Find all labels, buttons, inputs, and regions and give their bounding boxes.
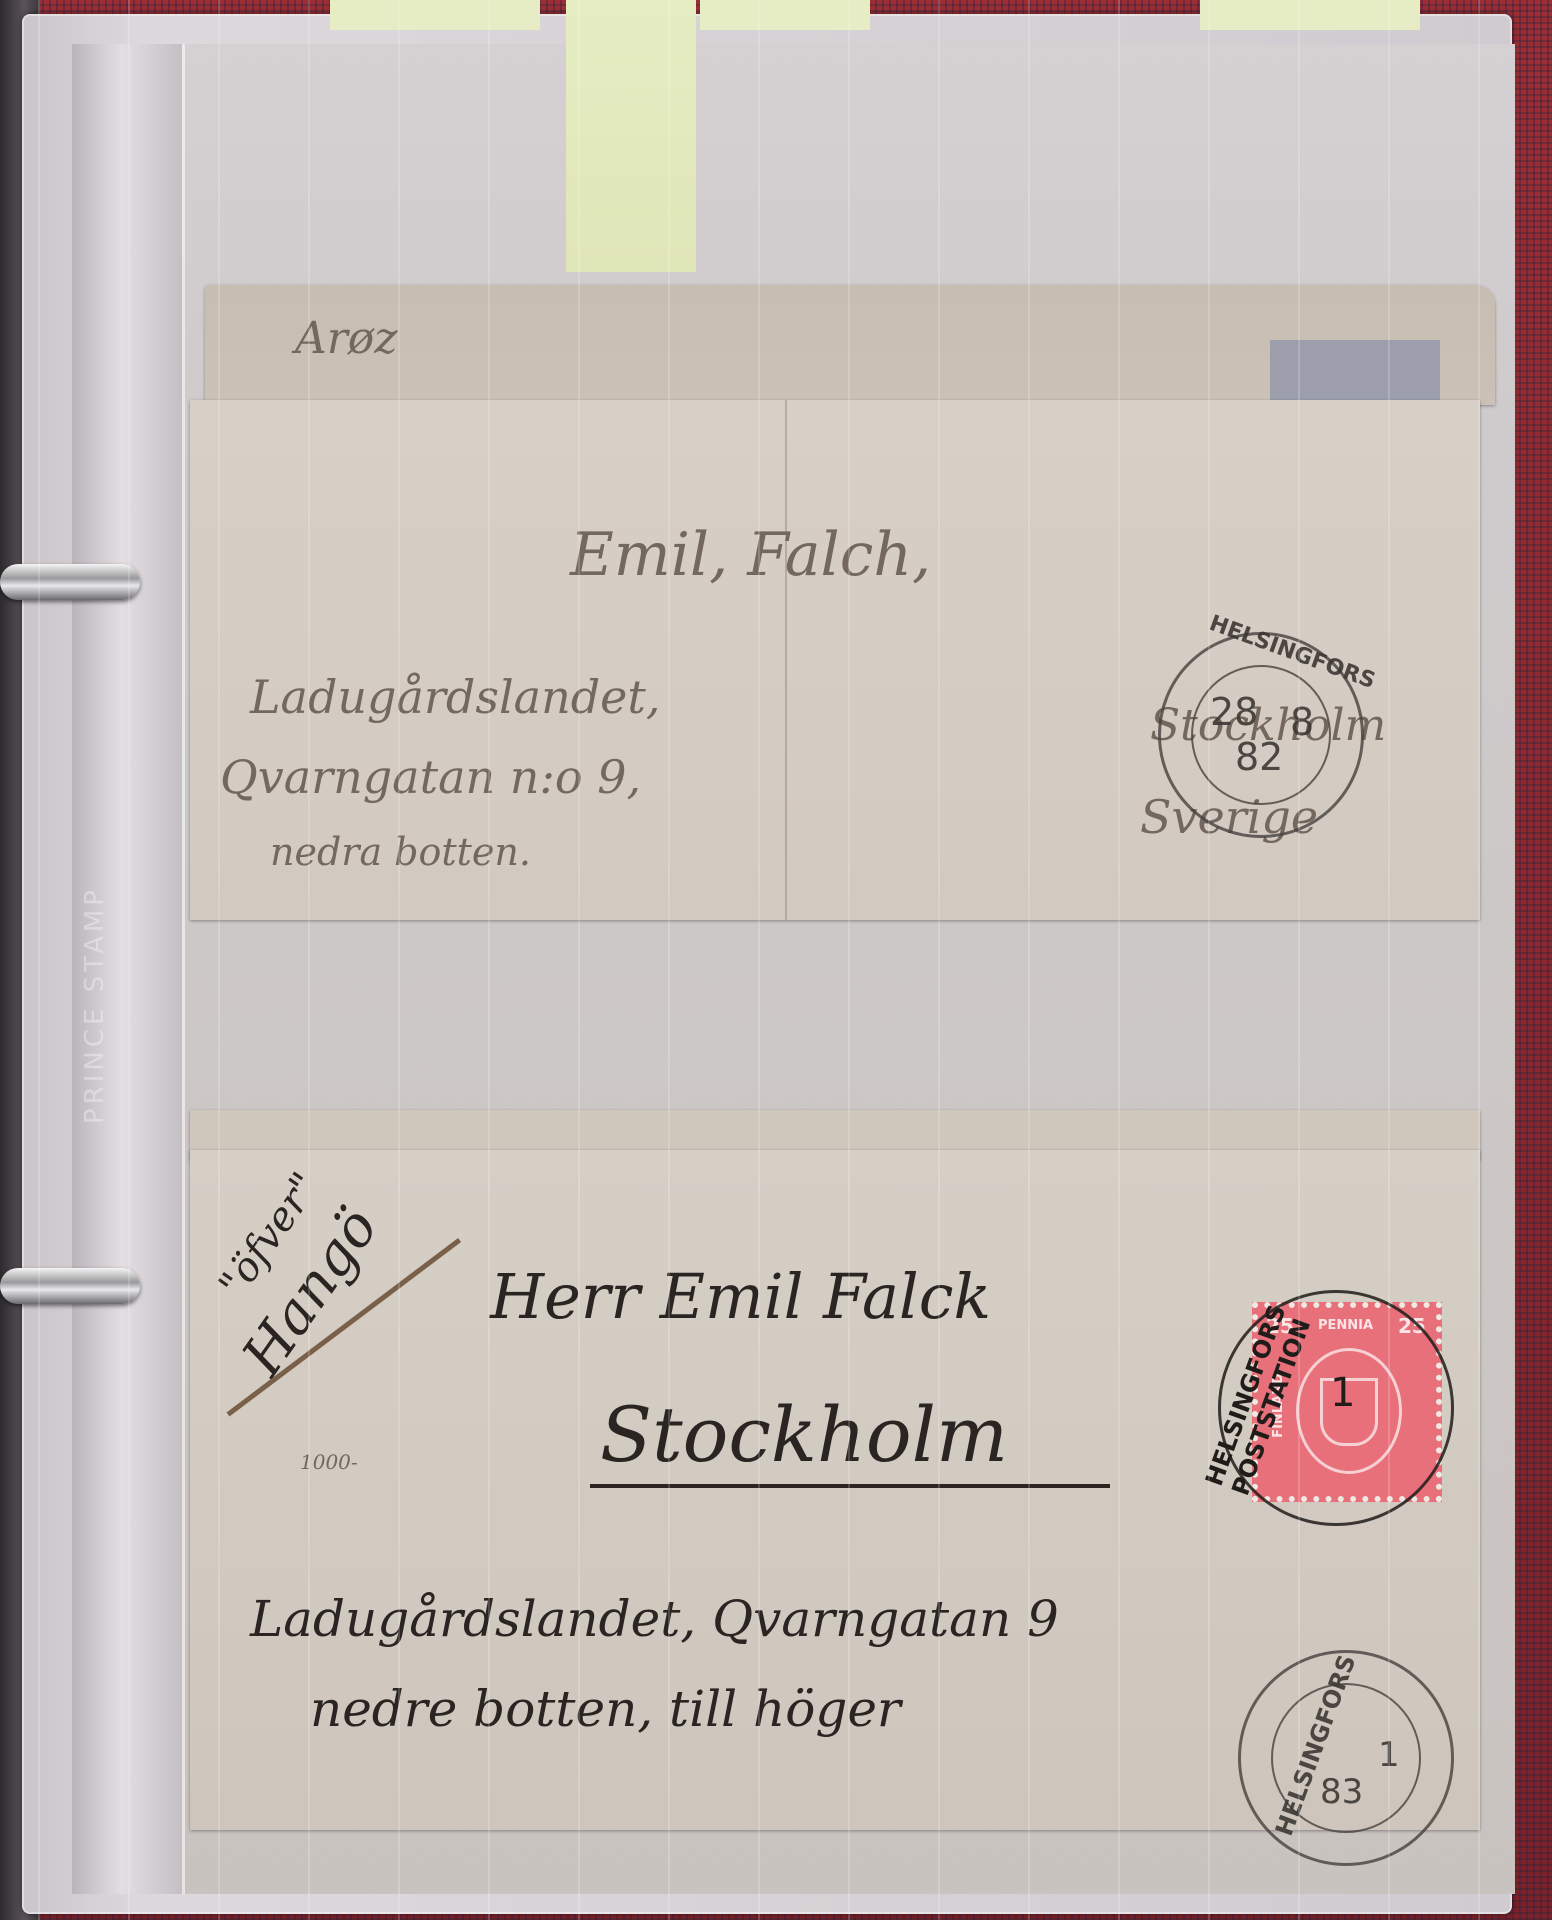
cover-fold-line bbox=[785, 400, 787, 920]
postmark-arrival-year: 83 bbox=[1320, 1772, 1363, 1812]
page-tab-1[interactable] bbox=[330, 0, 540, 30]
postmark-day-upper: 28 bbox=[1210, 690, 1258, 734]
spine-imprint: PRINCE STAMP bbox=[80, 804, 120, 1124]
page-tab-2[interactable] bbox=[700, 0, 870, 30]
upper-address-line-3: nedra botten. bbox=[270, 830, 531, 874]
page-tab-3[interactable] bbox=[1200, 0, 1420, 30]
pencil-note: 1000- bbox=[300, 1450, 358, 1474]
lower-address-line-1: Ladugårdslandet, Qvarngatan 9 bbox=[250, 1590, 1059, 1648]
binder-ring-upper bbox=[0, 564, 140, 600]
postmark-station-day: 1 bbox=[1330, 1370, 1355, 1416]
postmark-year-upper: 82 bbox=[1235, 735, 1283, 779]
lower-destination-city: Stockholm bbox=[600, 1390, 1008, 1479]
sleeve-spine-strip: PRINCE STAMP bbox=[72, 44, 182, 1894]
postmark-arrival-day: 1 bbox=[1378, 1735, 1400, 1775]
city-underline bbox=[590, 1484, 1110, 1488]
postmark-month-upper: 8 bbox=[1290, 700, 1314, 744]
upper-address-line-2: Qvarngatan n:o 9, bbox=[220, 750, 641, 804]
back-cover-handwriting: Arøz bbox=[295, 313, 397, 364]
upper-address-line-1: Ladugårdslandet, bbox=[250, 670, 661, 724]
lower-addressee: Herr Emil Falck bbox=[490, 1260, 991, 1333]
yellow-index-tab[interactable] bbox=[566, 0, 696, 272]
binder-ring-lower bbox=[0, 1268, 140, 1304]
upper-addressee: Emil, Falch, bbox=[570, 520, 931, 590]
lower-address-line-2: nedre botten, till höger bbox=[310, 1680, 901, 1738]
